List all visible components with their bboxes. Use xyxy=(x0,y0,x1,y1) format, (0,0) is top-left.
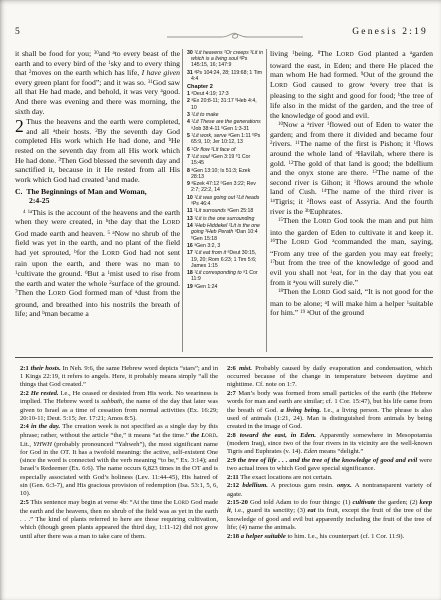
scripture-paragraph: 15Then the LORD God took the man and put… xyxy=(270,216,433,287)
cross-reference-entry: 2 aEx 20:8-11; 31:17 bHeb 4:4, 10 xyxy=(187,98,263,110)
scripture-paragraph: 4 1aThis is the account of the heavens a… xyxy=(15,208,180,320)
cross-reference-entry: 11 1Lit surrounds aGen 25:18 xyxy=(187,208,263,214)
cross-reference-entry: 6 1Or flow 2Lit face of xyxy=(187,147,263,153)
scripture-paragraph: it shall be food for you; 30and ato ever… xyxy=(15,49,180,116)
scripture-paragraph: 18Then the LORD God said, “It is not goo… xyxy=(270,287,433,318)
cross-reference-entry: 30 1Lit heavens 2Or creeps 3Lit in which… xyxy=(187,50,263,69)
commentary-note: 2:5 This sentence may begin at verse 4b:… xyxy=(20,499,218,541)
notes-divider xyxy=(15,357,433,358)
cross-reference-entry: 8 aGen 13:10; Is 51:3; Ezek 28:13 xyxy=(187,168,263,180)
commentary-note: 2:7 Man’s body was formed from small par… xyxy=(227,390,432,431)
commentary-note: 2:18 a helper suitable to him. I.e., his… xyxy=(227,533,432,541)
cross-reference-entry: 31 aPs 104:24, 28; 119:68; 1 Tim 4:4 xyxy=(187,70,263,82)
scripture-paragraph: 10Now a ariver 1flowed out of Eden to wa… xyxy=(270,120,433,216)
cross-reference-entry: 1 aDeut 4:19; 17:3 xyxy=(187,91,263,97)
scripture-right-column: living 1being. 8The LORD God planted a a… xyxy=(270,49,433,318)
column-rule-right xyxy=(266,49,267,352)
cross-reference-entry: 18 1Lit corresponding to a1 Cor 11:9 xyxy=(187,270,263,282)
cross-reference-entry: 19 aGen 1:24 xyxy=(187,284,263,290)
cross-reference-entry: 7 1Lit soul aGen 3:19 b1 Cor 15:45 xyxy=(187,154,263,166)
commentary-note: 2:6 mist. Probably caused by daily evapo… xyxy=(227,365,432,390)
cross-reference-entry: 4 1Lit These are the generations aJob 38… xyxy=(187,119,263,131)
cross-reference-entry: 16 aGen 3:2, 3 xyxy=(187,243,263,249)
cross-reference-column: 30 1Lit heavens 2Or creeps 3Lit in which… xyxy=(187,50,263,291)
running-title: Genesis 2:19 xyxy=(352,27,428,37)
commentary-note: 2:11 The exact locations are not certain… xyxy=(227,474,432,482)
ornament-divider-icon xyxy=(165,29,305,47)
commentary-note: 2:2 He rested. I.e., He ceased or desist… xyxy=(20,390,218,423)
cross-reference-entry: 5 1Lit work, serve aGen 1:11 bPs 65:9, 1… xyxy=(187,133,263,145)
cross-reference-entry: 13 1Lit is the one surrounding xyxy=(187,216,263,222)
commentary-note: 2:8 toward the east, in Eden. Apparently… xyxy=(227,432,432,457)
scripture-left-column: it shall be food for you; 30and ato ever… xyxy=(15,49,180,319)
bible-page: 5 Genesis 2:19 it shall be food for you;… xyxy=(0,0,441,600)
commentary-note: 2:4 in the day. The creation week is not… xyxy=(20,423,218,498)
commentary-note: 2:1 their hosts. In Neh. 9:6, the same H… xyxy=(20,365,218,390)
scripture-paragraph: living 1being. 8The LORD God planted a a… xyxy=(270,49,433,120)
chapter-number: 2 xyxy=(15,118,24,134)
cross-reference-entry: 9 aEzek 47:12 bGen 3:22; Rev 2:7; 22:2, … xyxy=(187,181,263,193)
page-header: 5 Genesis 2:19 xyxy=(15,27,428,39)
section-heading: C. The Beginnings of Man and Woman, 2:4-… xyxy=(15,187,180,206)
commentary-note: 2:9 the tree of life . . . and the tree … xyxy=(227,457,432,473)
commentary-right-column: 2:6 mist. Probably caused by daily evapo… xyxy=(227,365,432,541)
commentary-note: 2:12 bdellium. A precious gum resin. ony… xyxy=(227,482,432,498)
page-number: 5 xyxy=(15,27,20,37)
cross-reference-entry: 17 1Lit eat from it aDeut 30:15, 19, 20;… xyxy=(187,250,263,269)
column-rule-left xyxy=(182,49,183,352)
scripture-paragraph: 2Thus the heavens and the earth were com… xyxy=(15,117,180,184)
commentary-note: 2:15-20 God told Adam to do four things:… xyxy=(227,499,432,532)
refs-chapter-heading: Chapter 2 xyxy=(187,84,263,90)
commentary-left-column: 2:1 their hosts. In Neh. 9:6, the same H… xyxy=(20,365,218,541)
cross-reference-entry: 10 1Lit was going out 2Lit heads aPs 46:… xyxy=(187,195,263,207)
cross-reference-entry: 14 1Heb Hiddekel 2Lit is the one going 3… xyxy=(187,223,263,242)
cross-reference-entry: 3 1Lit to make xyxy=(187,112,263,118)
